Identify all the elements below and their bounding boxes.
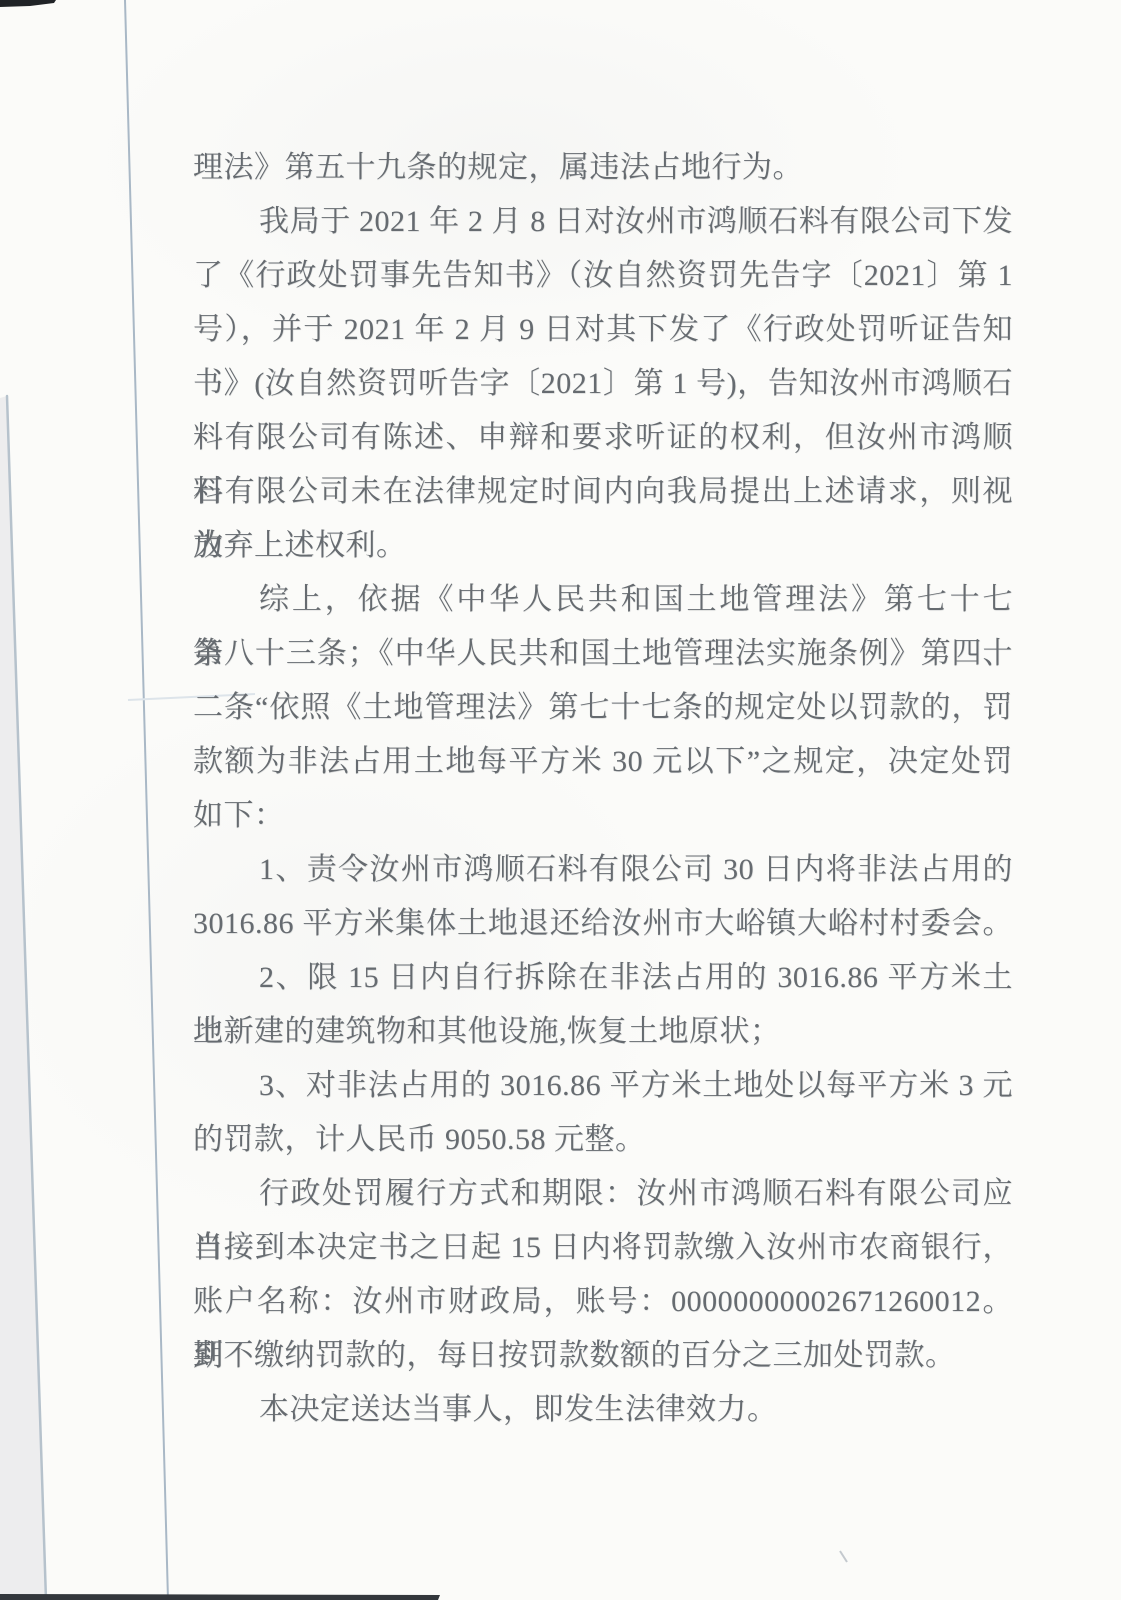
text-line: 书》(汝自然资罚听告字〔2021〕第 1 号)，告知汝州市鸿顺石 xyxy=(193,357,1013,411)
text-line: 1、责令汝州市鸿顺石料有限公司 30 日内将非法占用的 xyxy=(193,843,1013,897)
text-line: 综上，依据《中华人民共和国土地管理法》第七十七条、 xyxy=(193,573,1013,627)
text-line: 如下： xyxy=(193,789,1013,843)
text-line: 放弃上述权利。 xyxy=(193,519,1013,573)
scanned-document-page: { "scan": { "paper_color": "#fbfbf9", "o… xyxy=(0,0,1121,1600)
text-line: 3016.86 平方米集体土地退还给汝州市大峪镇大峪村村委会。 xyxy=(193,897,1013,951)
text-line: 期不缴纳罚款的，每日按罚款数额的百分之三加处罚款。 xyxy=(193,1329,1013,1383)
text-line: 3、对非法占用的 3016.86 平方米土地处以每平方米 3 元 xyxy=(193,1059,1013,1113)
text-line: 行政处罚履行方式和期限：汝州市鸿顺石料有限公司应当 xyxy=(193,1167,1013,1221)
text-line: 2、限 15 日内自行拆除在非法占用的 3016.86 平方米土地 xyxy=(193,951,1013,1005)
text-line: 第八十三条；《中华人民共和国土地管理法实施条例》第四十 xyxy=(193,627,1013,681)
text-line: 料有限公司未在法律规定时间内向我局提出上述请求，则视为 xyxy=(193,465,1013,519)
text-line: 二条“依照《土地管理法》第七十七条的规定处以罚款的，罚 xyxy=(193,681,1013,735)
text-line: 号），并于 2021 年 2 月 9 日对其下发了《行政处罚听证告知 xyxy=(193,303,1013,357)
text-line: 自接到本决定书之日起 15 日内将罚款缴入汝州市农商银行， xyxy=(193,1221,1013,1275)
text-line: 款额为非法占用土地每平方米 30 元以下”之规定，决定处罚 xyxy=(193,735,1013,789)
text-line: 本决定送达当事人，即发生法律效力。 xyxy=(193,1383,1013,1437)
text-line: 我局于 2021 年 2 月 8 日对汝州市鸿顺石料有限公司下发 xyxy=(193,195,1013,249)
text-line: 的罚款，计人民币 9050.58 元整。 xyxy=(193,1113,1013,1167)
text-line: 账户名称：汝州市财政局，账号：00000000002671260012。到 xyxy=(193,1275,1013,1329)
text-line: 了《行政处罚事先告知书》（汝自然资罚先告字〔2021〕第 1 xyxy=(193,249,1013,303)
text-line: 理法》第五十九条的规定，属违法占地行为。 xyxy=(193,141,1013,195)
document-text-block: 理法》第五十九条的规定，属违法占地行为。我局于 2021 年 2 月 8 日对汝… xyxy=(193,141,1013,1437)
text-line: 料有限公司有陈述、申辩和要求听证的权利，但汝州市鸿顺石 xyxy=(193,411,1013,465)
text-line: 上新建的建筑物和其他设施,恢复土地原状； xyxy=(193,1005,1013,1059)
